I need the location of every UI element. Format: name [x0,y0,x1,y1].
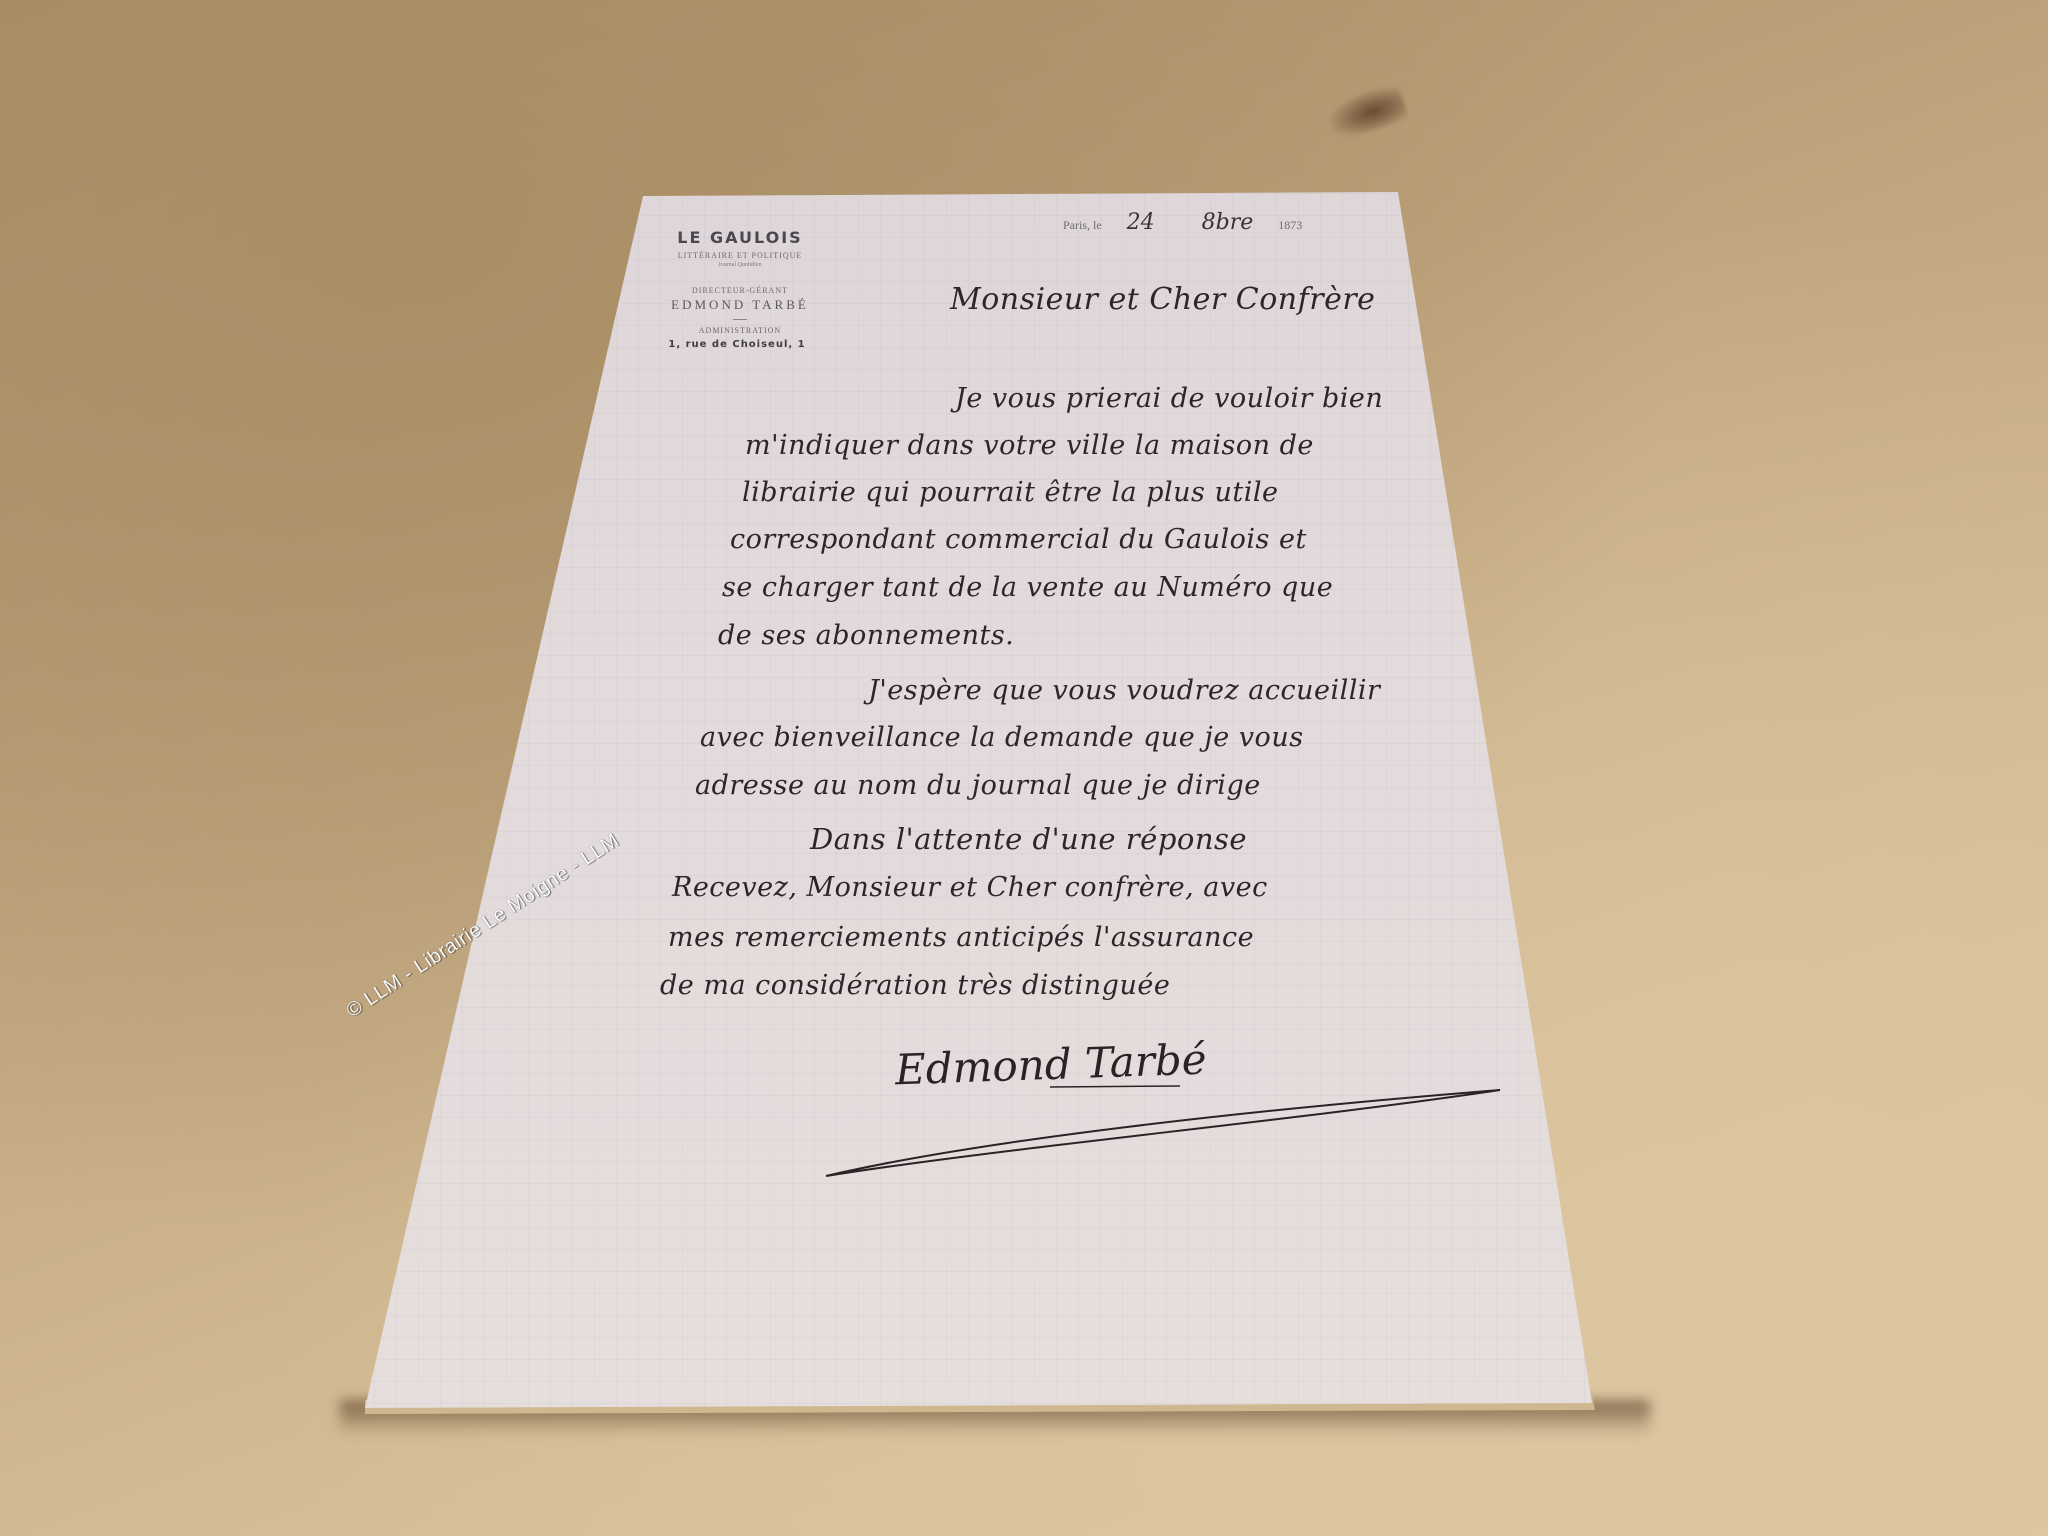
signature-flourish [0,0,2048,1536]
photo-scene: LE GAULOIS LITTÉRAIRE ET POLITIQUE Journ… [0,0,2048,1536]
